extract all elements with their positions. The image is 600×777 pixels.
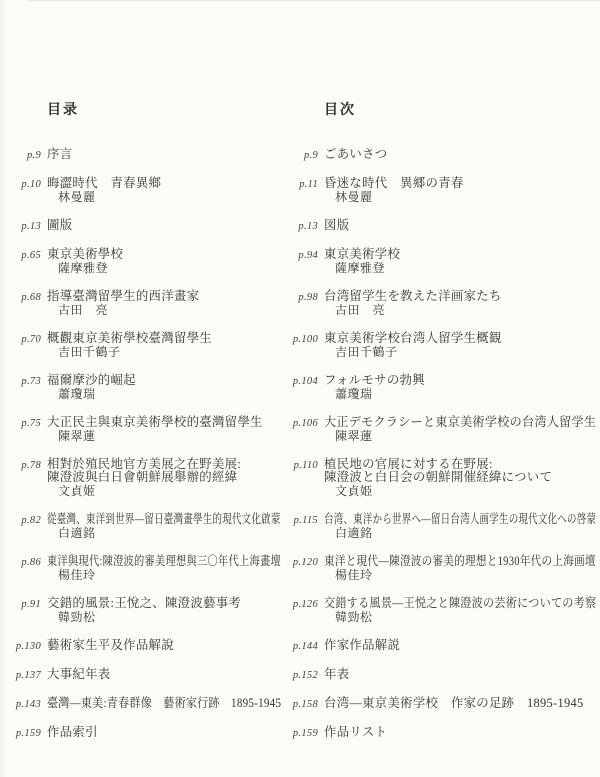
page-number: p.68 bbox=[14, 290, 41, 304]
entry-title-line: 東京美術學校 bbox=[47, 248, 281, 261]
page-number: p.78 bbox=[14, 458, 41, 472]
entry-title-line: 作品リスト bbox=[324, 726, 596, 739]
entry-body: 福爾摩沙的崛起蕭瓊瑞 bbox=[47, 374, 281, 401]
page-number: p.110 bbox=[291, 458, 318, 472]
entry-body: 年表 bbox=[324, 668, 596, 681]
toc-entry: p.68 指導臺灣留學生的西洋畫家古田 亮 bbox=[14, 290, 281, 317]
entry-body: 図版 bbox=[324, 219, 596, 232]
page-number: p.13 bbox=[291, 219, 318, 233]
toc-entry: p.73 福爾摩沙的崛起蕭瓊瑞 bbox=[14, 374, 281, 401]
entry-body: 昏迷な時代 異郷の青春林曼麗 bbox=[324, 177, 596, 204]
entry-title-line: 交錯的風景:王悅之、陳澄波藝事考 bbox=[47, 597, 281, 610]
entry-body: 台湾—東京美術学校 作家の足跡 1895-1945 bbox=[324, 697, 596, 710]
entry-body: 作品リスト bbox=[324, 726, 596, 739]
entry-title-line: 序言 bbox=[47, 148, 281, 161]
toc-entry: p.75 大正民主與東京美術學校的臺灣留學生陳翠蓮 bbox=[14, 416, 281, 443]
toc-entry: p.86 東洋與現代:陳澄波的審美理想與三〇年代上海畫壇楊佳玲 bbox=[14, 555, 281, 582]
entry-title-line: 東洋と現代—陳澄波の審美的理想と1930年代の上海画壇 bbox=[324, 555, 557, 568]
entry-title-line: 東洋與現代:陳澄波的審美理想與三〇年代上海畫壇 bbox=[47, 555, 241, 568]
toc-entry: p.126 交錯する風景—王悦之と陳澄波の芸術についての考察韓勁松 bbox=[291, 597, 596, 624]
entry-author: 吉田千鶴子 bbox=[58, 346, 281, 359]
entry-author: 文貞姬 bbox=[58, 485, 281, 498]
page-number: p.120 bbox=[291, 555, 318, 569]
page-number: p.137 bbox=[14, 668, 41, 682]
toc-entry: p.159 作品索引 bbox=[14, 726, 281, 740]
entry-title-line: 作品索引 bbox=[47, 726, 281, 739]
toc-entry: p.120 東洋と現代—陳澄波の審美的理想と1930年代の上海画壇楊佳玲 bbox=[291, 555, 596, 582]
entry-body: 交錯的風景:王悅之、陳澄波藝事考韓勁松 bbox=[47, 597, 281, 624]
entry-title-line: 台湾留学生を教えた洋画家たち bbox=[324, 290, 596, 303]
page-number: p.9 bbox=[14, 148, 41, 162]
entry-body: 從臺灣、東洋到世界—留日臺灣畫學生的現代文化啟蒙白適銘 bbox=[47, 513, 281, 540]
toc-entries-chinese: p.9 序言 p.10 晦澀時代 青春異鄉林曼麗 p.13 圖版 p.65 東京… bbox=[14, 148, 281, 740]
entry-author: 白適銘 bbox=[58, 527, 281, 540]
toc-entry: p.137 大事紀年表 bbox=[14, 668, 281, 682]
entry-title-line: 陳澄波與白日會朝鮮展舉辦的經緯 bbox=[47, 471, 281, 484]
entry-author: 古田 亮 bbox=[335, 304, 596, 317]
entry-author: 白適銘 bbox=[335, 527, 596, 540]
entry-body: 交錯する風景—王悦之と陳澄波の芸術についての考察韓勁松 bbox=[324, 597, 596, 624]
toc-entry: p.82 從臺灣、東洋到世界—留日臺灣畫學生的現代文化啟蒙白適銘 bbox=[14, 513, 281, 540]
toc-header-japanese: 目次 bbox=[324, 103, 596, 119]
entry-body: 東洋と現代—陳澄波の審美的理想と1930年代の上海画壇楊佳玲 bbox=[324, 555, 596, 582]
entry-title-line: 交錯する風景—王悦之と陳澄波の芸術についての考察 bbox=[324, 597, 567, 610]
entry-title-line: 從臺灣、東洋到世界—留日臺灣畫學生的現代文化啟蒙 bbox=[47, 513, 226, 526]
entry-title-line: 図版 bbox=[324, 219, 596, 232]
entry-body: 作家作品解説 bbox=[324, 639, 596, 652]
toc-entry: p.100 東京美術学校台湾人留学生概観吉田千鶴子 bbox=[291, 332, 596, 359]
scanned-toc-page: 目录 p.9 序言 p.10 晦澀時代 青春異鄉林曼麗 p.13 圖版 p.65… bbox=[0, 0, 600, 777]
entry-body: 作品索引 bbox=[47, 726, 281, 739]
entry-title-line: 東京美術学校台湾人留学生概観 bbox=[324, 332, 596, 345]
entry-title-line: 晦澀時代 青春異鄉 bbox=[47, 177, 281, 190]
toc-column-japanese: 目次 p.9 ごあいさつ p.11 昏迷な時代 異郷の青春林曼麗 p.13 図版… bbox=[291, 103, 596, 755]
entry-title-line: 年表 bbox=[324, 668, 596, 681]
toc-entry: p.9 序言 bbox=[14, 148, 281, 162]
entry-author: 吉田千鶴子 bbox=[335, 346, 596, 359]
page-number: p.98 bbox=[291, 290, 318, 304]
toc-entry: p.115 台湾、東洋から世界へ—留日台湾人画学生の現代文化への啓蒙白適銘 bbox=[291, 513, 596, 540]
toc-entry: p.10 晦澀時代 青春異鄉林曼麗 bbox=[14, 177, 281, 204]
toc-entry: p.104 フォルモサの勃興蕭瓊瑞 bbox=[291, 374, 596, 401]
toc-entry: p.158 台湾—東京美術学校 作家の足跡 1895-1945 bbox=[291, 697, 596, 711]
page-number: p.11 bbox=[291, 177, 318, 191]
entry-body: 台湾、東洋から世界へ—留日台湾人画学生の現代文化への啓蒙白適銘 bbox=[324, 513, 596, 540]
toc-entry: p.152 年表 bbox=[291, 668, 596, 682]
toc-entry: p.106 大正デモクラシーと東京美術学校の台湾人留学生陳翠蓮 bbox=[291, 416, 596, 443]
entry-body: 大正デモクラシーと東京美術学校の台湾人留学生陳翠蓮 bbox=[324, 416, 596, 443]
entry-body: 圖版 bbox=[47, 219, 281, 232]
toc-entry: p.144 作家作品解説 bbox=[291, 639, 596, 653]
toc-entry: p.98 台湾留学生を教えた洋画家たち古田 亮 bbox=[291, 290, 596, 317]
entry-body: 東洋與現代:陳澄波的審美理想與三〇年代上海畫壇楊佳玲 bbox=[47, 555, 281, 582]
entry-body: 台湾留学生を教えた洋画家たち古田 亮 bbox=[324, 290, 596, 317]
page-number: p.9 bbox=[291, 148, 318, 162]
entry-body: 臺灣—東美:青春群像 藝術家行跡 1895-1945 bbox=[47, 697, 281, 710]
page-number: p.65 bbox=[14, 248, 41, 262]
page-number: p.73 bbox=[14, 374, 41, 388]
entry-author: 韓勁松 bbox=[58, 611, 281, 624]
entry-body: 藝術家生平及作品解說 bbox=[47, 639, 281, 652]
entry-title-line: 圖版 bbox=[47, 219, 281, 232]
entry-author: 文貞姫 bbox=[335, 485, 596, 498]
entry-body: 序言 bbox=[47, 148, 281, 161]
toc-entry: p.70 概觀東京美術學校臺灣留學生吉田千鶴子 bbox=[14, 332, 281, 359]
page-number: p.82 bbox=[14, 513, 41, 527]
entry-title-line: 昏迷な時代 異郷の青春 bbox=[324, 177, 596, 190]
toc-entry: p.159 作品リスト bbox=[291, 726, 596, 740]
entry-body: 東京美術學校薩摩雅登 bbox=[47, 248, 281, 275]
entry-author: 蕭瓊瑞 bbox=[335, 388, 596, 401]
page-number: p.100 bbox=[291, 332, 318, 346]
toc-column-chinese: 目录 p.9 序言 p.10 晦澀時代 青春異鄉林曼麗 p.13 圖版 p.65… bbox=[14, 103, 281, 755]
page-number: p.70 bbox=[14, 332, 41, 346]
entry-body: 大事紀年表 bbox=[47, 668, 281, 681]
entry-title-line: 藝術家生平及作品解說 bbox=[47, 639, 281, 652]
entry-author: 薩摩雅登 bbox=[335, 262, 596, 275]
entry-title-line: 概觀東京美術學校臺灣留學生 bbox=[47, 332, 281, 345]
entry-title-line: 台湾—東京美術学校 作家の足跡 1895-1945 bbox=[324, 697, 596, 710]
toc-entry: p.13 図版 bbox=[291, 219, 596, 233]
entry-author: 韓勁松 bbox=[335, 611, 596, 624]
page-number: p.10 bbox=[14, 177, 41, 191]
entry-title-line: 東京美術学校 bbox=[324, 248, 596, 261]
page-number: p.130 bbox=[14, 639, 41, 653]
toc-entry: p.110 植民地の官展に対する在野展:陳澄波と白日会の朝鮮開催経緯について文貞… bbox=[291, 458, 596, 498]
page-number: p.106 bbox=[291, 416, 318, 430]
page-number: p.143 bbox=[14, 697, 41, 711]
entry-title-line: 福爾摩沙的崛起 bbox=[47, 374, 281, 387]
entry-body: 晦澀時代 青春異鄉林曼麗 bbox=[47, 177, 281, 204]
entry-title-line: 作家作品解説 bbox=[324, 639, 596, 652]
entry-author: 林曼麗 bbox=[335, 191, 596, 204]
page-number: p.13 bbox=[14, 219, 41, 233]
entry-body: 相對於殖民地官方美展之在野美展:陳澄波與白日會朝鮮展舉辦的經緯文貞姬 bbox=[47, 458, 281, 498]
toc-entry: p.13 圖版 bbox=[14, 219, 281, 233]
entry-author: 林曼麗 bbox=[58, 191, 281, 204]
entry-body: フォルモサの勃興蕭瓊瑞 bbox=[324, 374, 596, 401]
entry-author: 楊佳玲 bbox=[58, 569, 281, 582]
entry-title-line: 台湾、東洋から世界へ—留日台湾人画学生の現代文化への啓蒙 bbox=[324, 513, 532, 526]
entry-body: 東京美術学校薩摩雅登 bbox=[324, 248, 596, 275]
entry-author: 陳翠蓮 bbox=[335, 430, 596, 443]
page-number: p.86 bbox=[14, 555, 41, 569]
entry-title-line: 大事紀年表 bbox=[47, 668, 281, 681]
page-number: p.94 bbox=[291, 248, 318, 262]
entry-author: 古田 亮 bbox=[58, 304, 281, 317]
toc-header-chinese: 目录 bbox=[47, 103, 281, 119]
entry-title-line: 大正民主與東京美術學校的臺灣留學生 bbox=[47, 416, 281, 429]
entry-body: 指導臺灣留學生的西洋畫家古田 亮 bbox=[47, 290, 281, 317]
page-number: p.159 bbox=[291, 726, 318, 740]
toc-entry: p.78 相對於殖民地官方美展之在野美展:陳澄波與白日會朝鮮展舉辦的經緯文貞姬 bbox=[14, 458, 281, 498]
toc-entry: p.130 藝術家生平及作品解說 bbox=[14, 639, 281, 653]
page-number: p.75 bbox=[14, 416, 41, 430]
page-number: p.144 bbox=[291, 639, 318, 653]
toc-entry: p.65 東京美術學校薩摩雅登 bbox=[14, 248, 281, 275]
toc-entry: p.9 ごあいさつ bbox=[291, 148, 596, 162]
entry-body: 植民地の官展に対する在野展:陳澄波と白日会の朝鮮開催経緯について文貞姫 bbox=[324, 458, 596, 498]
toc-entry: p.11 昏迷な時代 異郷の青春林曼麗 bbox=[291, 177, 596, 204]
page-number: p.159 bbox=[14, 726, 41, 740]
page-number: p.152 bbox=[291, 668, 318, 682]
entry-title-line: ごあいさつ bbox=[324, 148, 596, 161]
page-number: p.158 bbox=[291, 697, 318, 711]
toc-entries-japanese: p.9 ごあいさつ p.11 昏迷な時代 異郷の青春林曼麗 p.13 図版 p.… bbox=[291, 148, 596, 740]
entry-body: ごあいさつ bbox=[324, 148, 596, 161]
entry-title-line: 陳澄波と白日会の朝鮮開催経緯について bbox=[324, 471, 596, 484]
page-number: p.104 bbox=[291, 374, 318, 388]
toc-entry: p.143 臺灣—東美:青春群像 藝術家行跡 1895-1945 bbox=[14, 697, 281, 711]
entry-body: 大正民主與東京美術學校的臺灣留學生陳翠蓮 bbox=[47, 416, 281, 443]
page-number: p.115 bbox=[291, 513, 318, 527]
page-number: p.126 bbox=[291, 597, 318, 611]
entry-body: 東京美術学校台湾人留学生概観吉田千鶴子 bbox=[324, 332, 596, 359]
toc-entry: p.94 東京美術学校薩摩雅登 bbox=[291, 248, 596, 275]
toc-entry: p.91 交錯的風景:王悅之、陳澄波藝事考韓勁松 bbox=[14, 597, 281, 624]
entry-title-line: 臺灣—東美:青春群像 藝術家行跡 1895-1945 bbox=[47, 697, 255, 710]
entry-body: 概觀東京美術學校臺灣留學生吉田千鶴子 bbox=[47, 332, 281, 359]
page-number: p.91 bbox=[14, 597, 41, 611]
entry-title-line: 指導臺灣留學生的西洋畫家 bbox=[47, 290, 281, 303]
entry-author: 楊佳玲 bbox=[335, 569, 596, 582]
entry-title-line: 大正デモクラシーと東京美術学校の台湾人留学生 bbox=[324, 416, 589, 429]
entry-author: 陳翠蓮 bbox=[58, 430, 281, 443]
entry-author: 蕭瓊瑞 bbox=[58, 388, 281, 401]
entry-title-line: フォルモサの勃興 bbox=[324, 374, 596, 387]
entry-author: 薩摩雅登 bbox=[58, 262, 281, 275]
